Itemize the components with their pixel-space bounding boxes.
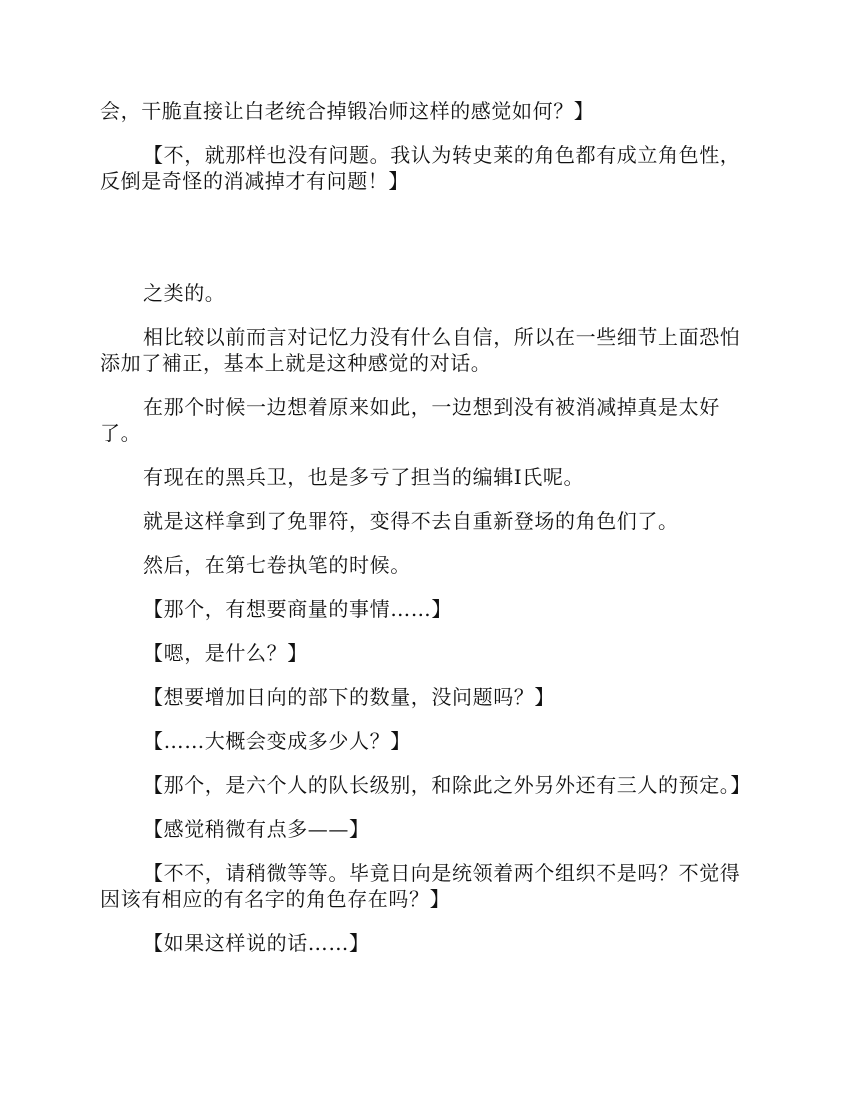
paragraph: 在那个时候一边想着原来如此，一边想到没有被消减掉真是太好了。: [100, 394, 746, 446]
paragraph: 相比较以前而言对记忆力没有什么自信，所以在一些细节上面恐怕添加了補正，基本上就是…: [100, 324, 746, 376]
dialogue-paragraph: 【不不，请稍微等等。毕竟日向是统领着两个组织不是吗？不觉得因该有相应的有名字的角…: [100, 860, 746, 912]
dialogue-paragraph: 【那个，是六个人的队长级别，和除此之外另外还有三人的预定。】: [100, 772, 746, 798]
dialogue-paragraph: 【如果这样说的话……】: [100, 930, 746, 956]
paragraph: 有现在的黑兵卫，也是多亏了担当的编辑I氏呢。: [100, 464, 746, 490]
paragraph: 会，干脆直接让白老统合掉锻冶师这样的感觉如何？】: [100, 98, 746, 124]
dialogue-paragraph: 【感觉稍微有点多——】: [100, 816, 746, 842]
paragraph: 就是这样拿到了免罪符，变得不去自重新登场的角色们了。: [100, 508, 746, 534]
section-break: [100, 212, 746, 280]
paragraph: 之类的。: [100, 280, 746, 306]
dialogue-paragraph: 【那个，有想要商量的事情……】: [100, 596, 746, 622]
paragraph: 【不，就那样也没有问题。我认为转史莱的角色都有成立角色性，反倒是奇怪的消减掉才有…: [100, 142, 746, 194]
paragraph: 然后，在第七卷执笔的时候。: [100, 552, 746, 578]
document-page: 会，干脆直接让白老统合掉锻冶师这样的感觉如何？】 【不，就那样也没有问题。我认为…: [100, 98, 746, 974]
dialogue-paragraph: 【嗯，是什么？】: [100, 640, 746, 666]
dialogue-paragraph: 【……大概会变成多少人？】: [100, 728, 746, 754]
dialogue-paragraph: 【想要增加日向的部下的数量，没问题吗？】: [100, 684, 746, 710]
